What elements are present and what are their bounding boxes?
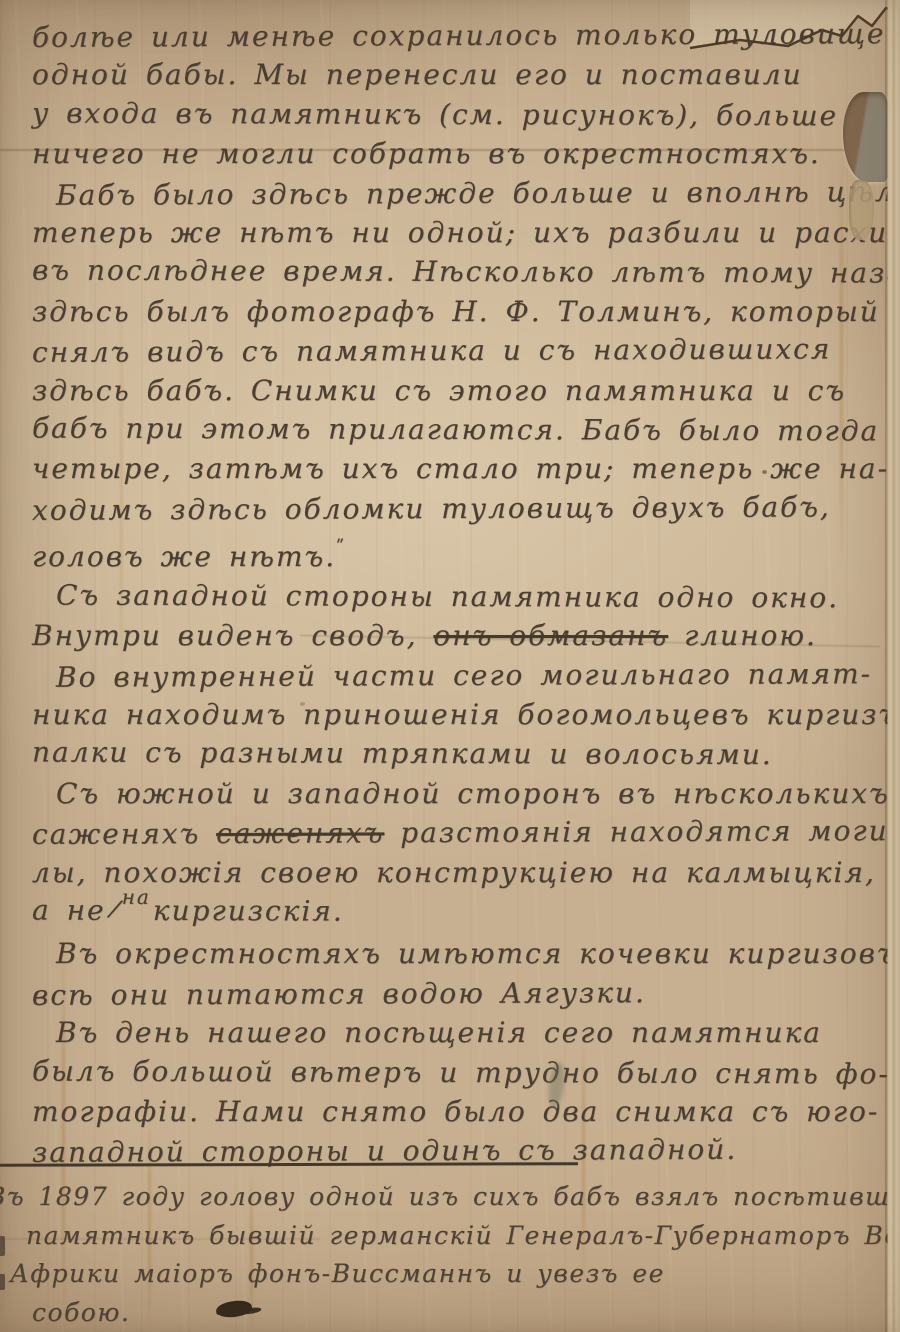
- manuscript-line: тографіи. Нами снято было два снимка съ …: [32, 1092, 882, 1131]
- line-text: а не: [32, 893, 106, 926]
- line-text: Съ южной и западной сторонъ въ нѣскольки…: [56, 777, 890, 810]
- line-text: головъ же нѣтъ.: [32, 540, 336, 573]
- line-text: Въ 1897 году голову одной изъ сихъ бабъ …: [0, 1182, 900, 1211]
- inserted-word: на: [122, 885, 151, 909]
- torn-paper-patch-tail: [849, 180, 874, 240]
- manuscript-line: Внутри виденъ сводъ, онъ обмазанъ глиною…: [32, 616, 882, 655]
- line-text: одной бабы. Мы перенесли его и поставили: [32, 58, 803, 91]
- line-text: снялъ видъ съ памятника и съ находившихс…: [32, 333, 832, 369]
- manuscript-line: а не∕накиргизскія.: [32, 890, 882, 935]
- manuscript-line: всѣ они питаются водою Аягузки.: [32, 972, 882, 1015]
- manuscript-line: у входа въ памятникъ (см. рисунокъ), бол…: [32, 93, 882, 135]
- line-text: Африки маіоръ фонъ-Виссманнъ и увезъ ее: [10, 1259, 665, 1288]
- line-text: здѣсь бабъ. Снимки съ этого памятника и …: [32, 374, 846, 407]
- paper-speck: [762, 470, 767, 474]
- footnote-line: памятникъ бывшій германскій Генералъ-Губ…: [0, 1217, 880, 1256]
- manuscript-line: здѣсь былъ фотографъ Н. Ф. Толминъ, кото…: [32, 292, 882, 331]
- line-text: четыре, затѣмъ ихъ стало три; теперь же …: [32, 452, 889, 485]
- line-text: ника находимъ приношенія богомольцевъ ки…: [32, 698, 900, 731]
- manuscript-line: четыре, затѣмъ ихъ стало три; теперь же …: [32, 449, 882, 488]
- line-text: въ послѣднее время. Нѣсколько лѣтъ тому …: [32, 254, 900, 290]
- manuscript-line: Во внутренней части сего могильнаго памя…: [32, 654, 882, 697]
- clipped-letter-stroke: [0, 1236, 5, 1256]
- manuscript-line: въ послѣднее время. Нѣсколько лѣтъ тому …: [32, 251, 882, 293]
- line-text: глиною.: [668, 619, 817, 652]
- line-text: саженяхъ: [32, 817, 216, 851]
- line-text: Во внутренней части сего могильнаго памя…: [56, 657, 872, 694]
- manuscript-line: Въ окрестностяхъ имѣются кочевки киргизо…: [32, 934, 882, 973]
- line-text: ходимъ здѣсь обломки туловищъ двухъ бабъ…: [32, 490, 831, 526]
- manuscript-line: одной бабы. Мы перенесли его и поставили: [32, 55, 882, 94]
- line-text: тографіи. Нами снято было два снимка съ …: [32, 1095, 879, 1128]
- manuscript-line: саженяхъ саженяхъ разстоянія находятся м…: [32, 811, 882, 854]
- line-text: палки съ разными тряпками и волосьями.: [32, 736, 773, 772]
- manuscript-line: ходимъ здѣсь обломки туловищъ двухъ бабъ…: [32, 487, 882, 530]
- line-text: болѣе или менѣе сохранилось только тулов…: [32, 17, 886, 54]
- struck-text: онъ обмазанъ: [433, 619, 668, 652]
- manuscript-line: головъ же нѣтъ.ʺ: [32, 528, 882, 576]
- manuscript-line: болѣе или менѣе сохранилось только тулов…: [32, 14, 882, 57]
- manuscript-line: палки съ разными тряпками и волосьями.: [32, 733, 882, 775]
- paper-speck: [300, 702, 305, 706]
- line-text: разстоянія находятся моги-: [384, 814, 900, 849]
- line-text: бабъ при этомъ прилагаются. Бабъ было то…: [32, 412, 879, 448]
- clipped-letter-stroke: [0, 1274, 5, 1290]
- manuscript-line: Съ западной стороны памятника одно окно.: [32, 575, 882, 617]
- line-text: памятникъ бывшій германскій Генералъ-Губ…: [26, 1221, 900, 1250]
- manuscript-line: былъ большой вѣтеръ и трудно было снять …: [32, 1051, 882, 1093]
- manuscript-footnote: Въ 1897 году голову одной изъ сихъ бабъ …: [0, 1178, 880, 1332]
- manuscript-line: бабъ при этомъ прилагаются. Бабъ было то…: [32, 409, 882, 451]
- line-text: лы, похожія своею конструкціею на калмыц…: [32, 856, 876, 889]
- manuscript-line: Бабъ было здѣсь прежде больше и вполнѣ ц…: [32, 172, 882, 215]
- line-text: Съ западной стороны памятника одно окно.: [56, 578, 839, 614]
- footnote-line: Африки маіоръ фонъ-Виссманнъ и увезъ ее: [0, 1255, 880, 1294]
- manuscript-line: лы, похожія своею конструкціею на калмыц…: [32, 853, 882, 892]
- line-text: у входа въ памятникъ (см. рисунокъ), бол…: [32, 96, 838, 132]
- paper-speck: [690, 512, 695, 516]
- line-text: здѣсь былъ фотографъ Н. Ф. Толминъ, кото…: [32, 295, 880, 328]
- line-text: всѣ они питаются водою Аягузки.: [32, 976, 646, 1012]
- manuscript-line: ника находимъ приношенія богомольцевъ ки…: [32, 695, 882, 734]
- struck-text: саженяхъ: [216, 816, 384, 850]
- manuscript-line: Съ южной и западной сторонъ въ нѣскольки…: [32, 774, 882, 813]
- manuscript-body: болѣе или менѣе сохранилось только тулов…: [32, 16, 882, 1171]
- manuscript-page: болѣе или менѣе сохранилось только тулов…: [0, 0, 900, 1332]
- manuscript-line: теперь же нѣтъ ни одной; ихъ разбили и р…: [32, 213, 882, 252]
- line-text: былъ большой вѣтеръ и трудно было снять …: [32, 1054, 890, 1090]
- line-text: Въ окрестностяхъ имѣются кочевки киргизо…: [56, 937, 900, 970]
- footnote-reference-mark: ʺ: [336, 537, 344, 557]
- manuscript-line: ничего не могли собрать въ окрестностяхъ…: [32, 134, 882, 173]
- line-text: ничего не могли собрать въ окрестностяхъ…: [32, 137, 821, 170]
- footnote-line: собою.: [0, 1294, 880, 1332]
- line-text: Внутри виденъ сводъ,: [32, 619, 433, 652]
- line-text: теперь же нѣтъ ни одной; ихъ разбили и р…: [32, 216, 900, 249]
- page-right-edge: [885, 0, 900, 1332]
- torn-paper-patch: [843, 92, 888, 182]
- manuscript-line: Въ день нашего посѣщенія сего памятника: [32, 1013, 882, 1052]
- line-text: собою.: [32, 1298, 130, 1327]
- line-text: Бабъ было здѣсь прежде больше и вполнѣ ц…: [56, 174, 900, 211]
- line-text: Въ день нашего посѣщенія сего памятника: [56, 1016, 822, 1049]
- line-text: киргизскія.: [153, 894, 344, 928]
- footnote-line: Въ 1897 году голову одной изъ сихъ бабъ …: [0, 1178, 880, 1217]
- manuscript-line: снялъ видъ съ памятника и съ находившихс…: [32, 329, 882, 372]
- manuscript-line: здѣсь бабъ. Снимки съ этого памятника и …: [32, 371, 882, 410]
